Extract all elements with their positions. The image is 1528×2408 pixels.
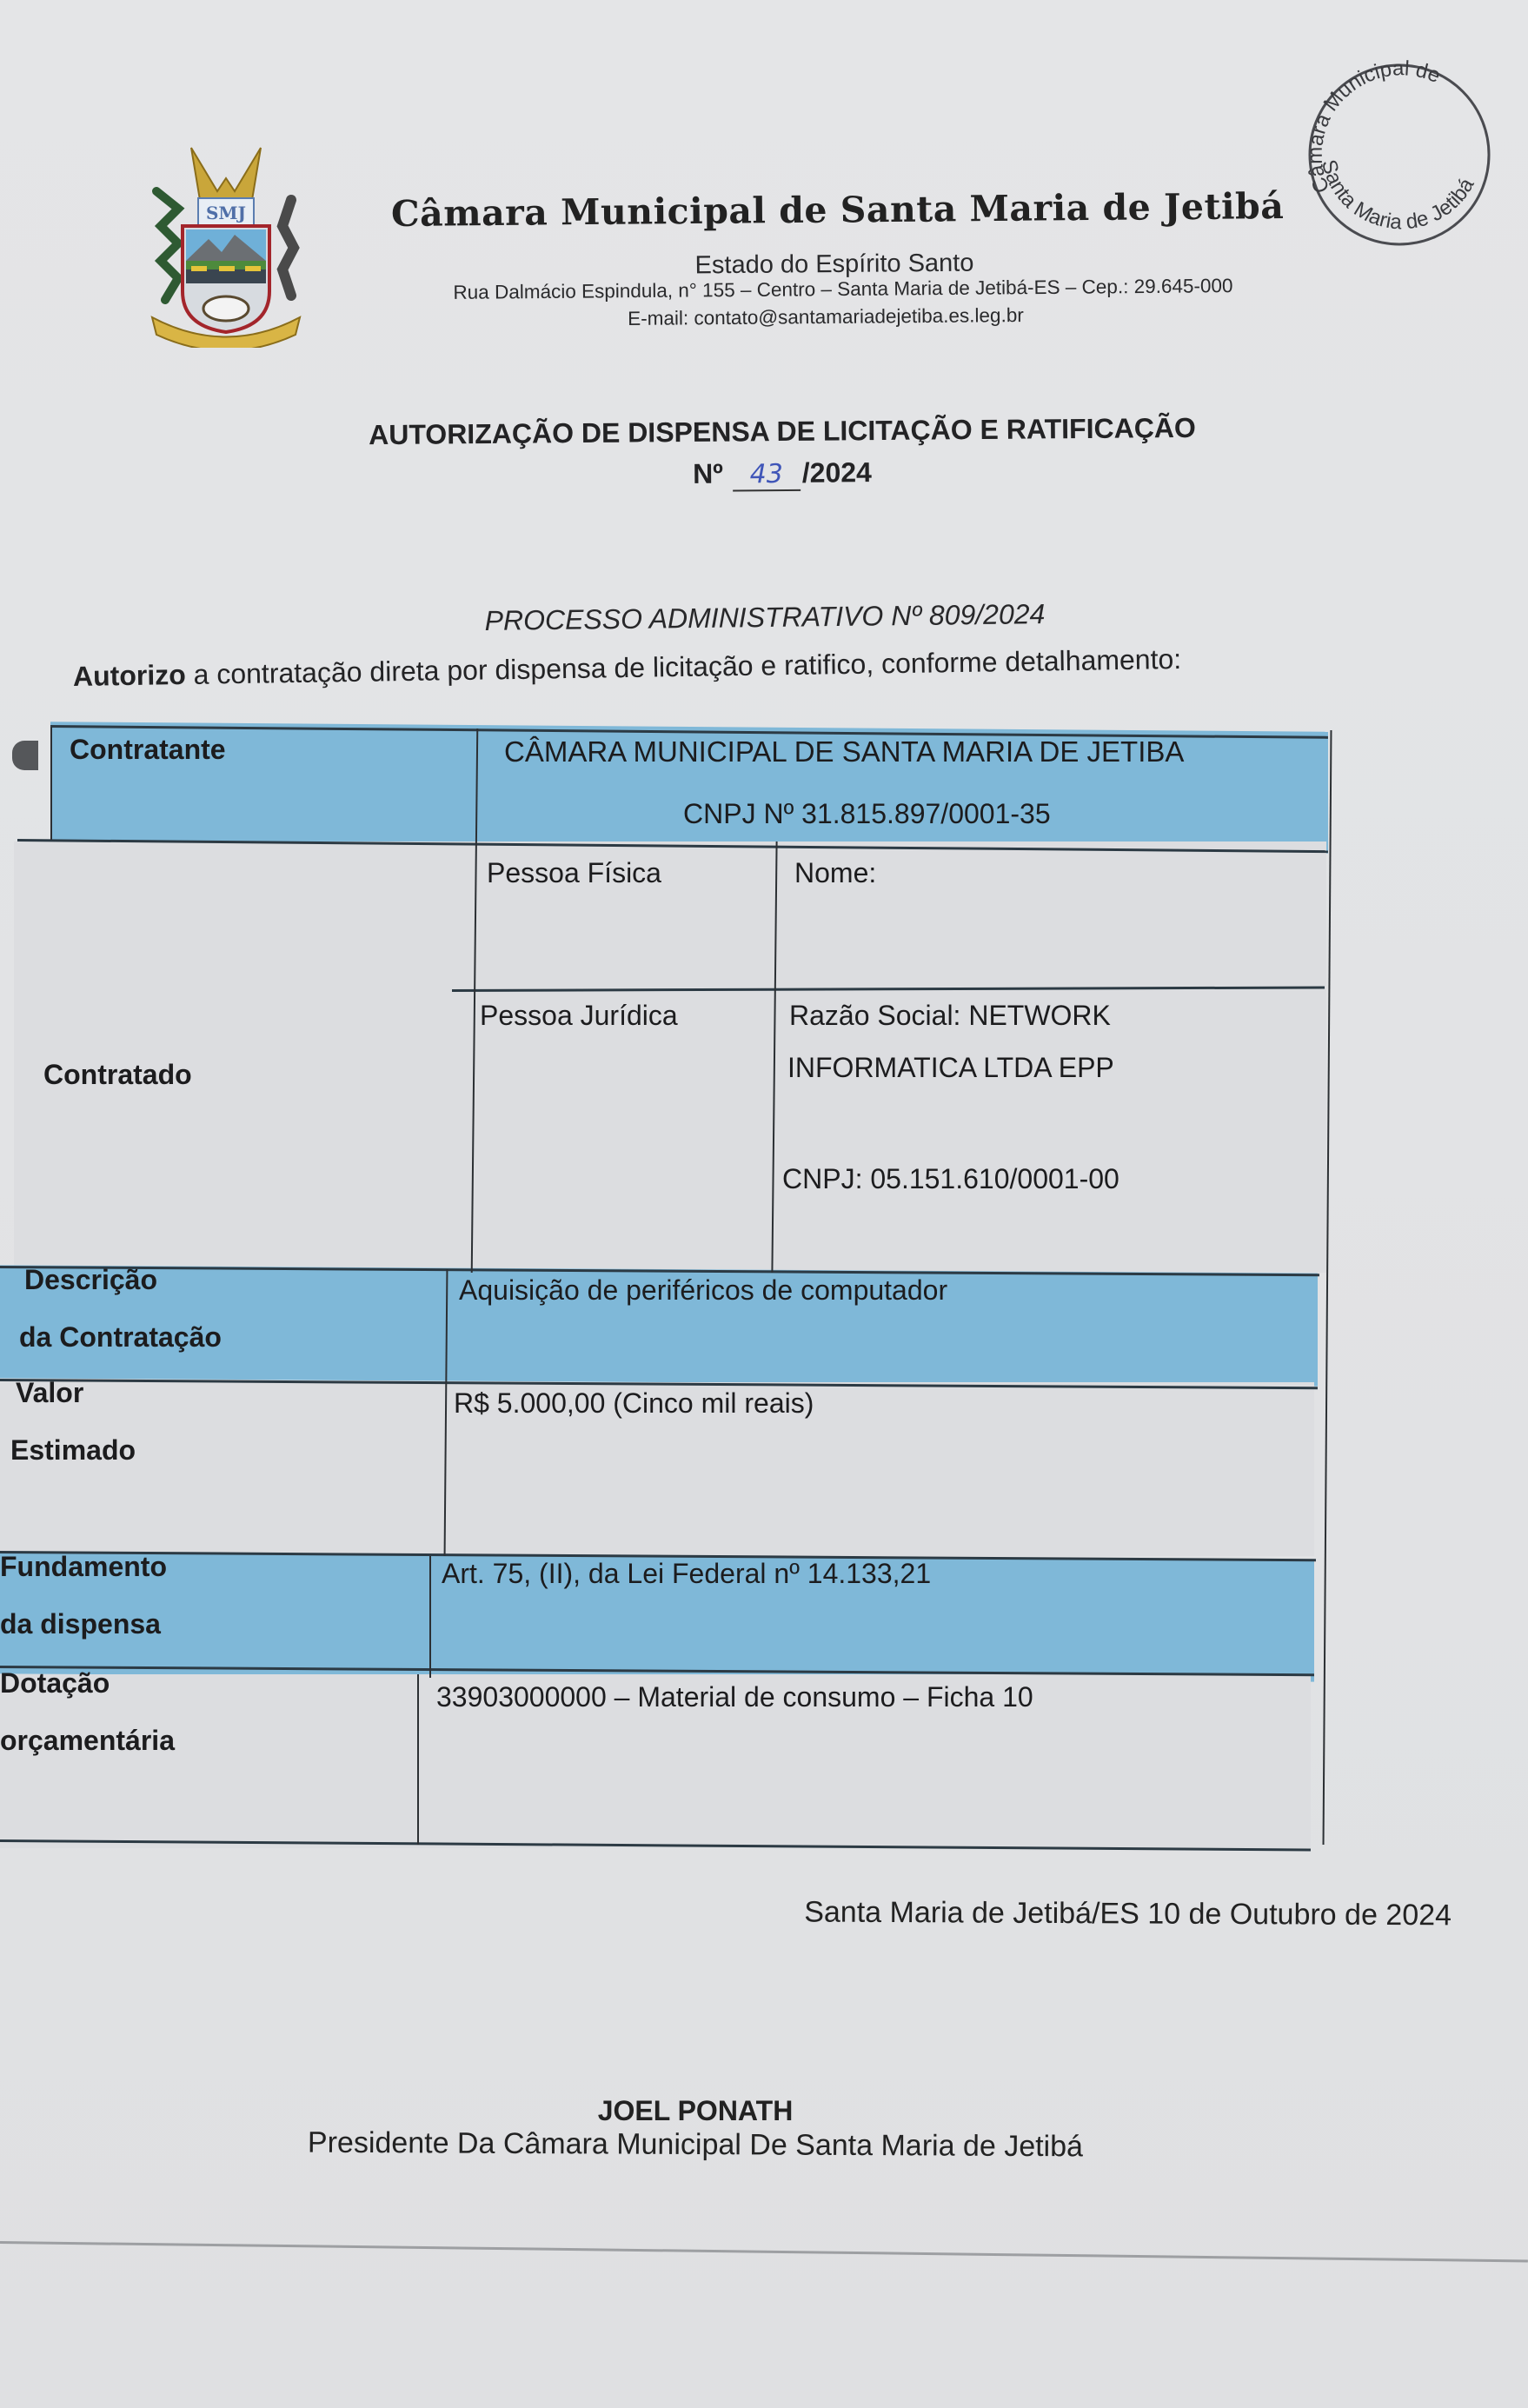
col-divider (50, 727, 52, 840)
dotacao-label-line2: orçamentária (0, 1726, 175, 1754)
contract-details-table: Contratante CÂMARA MUNICIPAL DE SANTA MA… (0, 0, 1528, 2408)
descricao-label-line2: da Contratação (19, 1323, 222, 1351)
descricao-value: Aquisição de periféricos de computador (459, 1276, 947, 1304)
fundamento-value: Art. 75, (II), da Lei Federal nº 14.133,… (442, 1560, 931, 1587)
fundamento-label-line1: Fundamento (0, 1553, 167, 1580)
contratante-cnpj: CNPJ Nº 31.815.897/0001-35 (683, 800, 1051, 828)
col-divider (417, 1674, 419, 1845)
signatory-role: Presidente Da Câmara Municipal De Santa … (209, 2125, 1182, 2165)
place-and-date: Santa Maria de Jetibá/ES 10 de Outubro d… (669, 1895, 1452, 1933)
contratante-label: Contratante (70, 735, 226, 763)
contratado-cnpj: CNPJ: 05.151.610/0001-00 (782, 1165, 1119, 1193)
valor-label-line2: Estimado (10, 1436, 136, 1464)
pessoa-fisica-name-field: Nome: (794, 859, 876, 887)
contratante-name: CÂMARA MUNICIPAL DE SANTA MARIA DE JETIB… (504, 737, 1184, 766)
razao-social-line2: INFORMATICA LTDA EPP (787, 1054, 1114, 1081)
dotacao-value: 33903000000 – Material de consumo – Fich… (436, 1683, 1033, 1711)
valor-label-line1: Valor (16, 1379, 83, 1407)
paper-clip-shadow (12, 741, 38, 770)
signatory-name: JOEL PONATH (435, 2095, 956, 2127)
contratado-label: Contratado (43, 1061, 192, 1088)
descricao-label-line1: Descrição (24, 1266, 157, 1294)
razao-social-line1: Razão Social: NETWORK (789, 1001, 1111, 1029)
pessoa-juridica-label: Pessoa Jurídica (480, 1001, 678, 1029)
valor-value: R$ 5.000,00 (Cinco mil reais) (454, 1389, 814, 1417)
document-page: SMJ Câmara Municipal de Santa Maria de J… (0, 0, 1528, 2408)
col-divider (429, 1556, 431, 1678)
pessoa-fisica-label: Pessoa Física (487, 859, 661, 887)
fundamento-label-line2: da dispensa (0, 1610, 161, 1638)
dotacao-label-line1: Dotação (0, 1669, 110, 1697)
row-contratado-bg (14, 841, 1326, 1273)
